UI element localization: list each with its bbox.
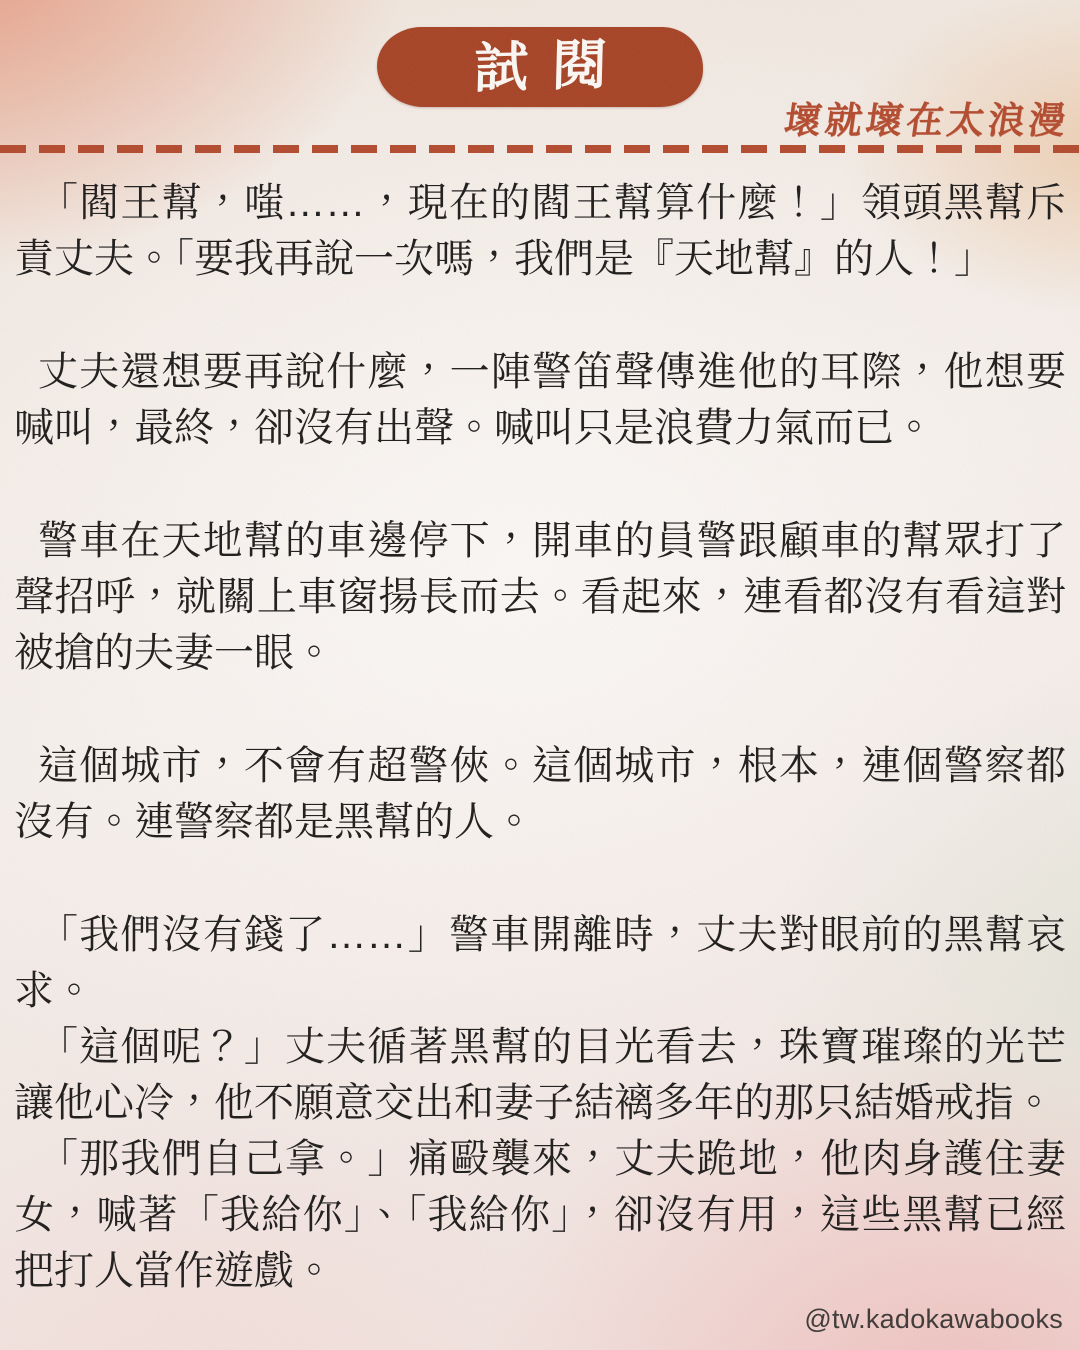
post-header: 試閱 壞就壞在太浪漫 (0, 0, 1080, 144)
dashed-divider (0, 145, 1080, 153)
paragraph: 「這個呢？」丈夫循著黑幫的目光看去，珠寶璀璨的光芒讓他心冷，他不願意交出和妻子結… (14, 1019, 1066, 1131)
paragraph: 「閻王幫，嗤……，現在的閻王幫算什麼！」領頭黑幫斥責丈夫。「要我再說一次嗎，我們… (14, 175, 1066, 287)
paragraph: 「我們沒有錢了……」警車開離時，丈夫對眼前的黑幫哀求。 (14, 907, 1066, 1019)
paragraph: 這個城市，不會有超警俠。這個城市，根本，連個警察都沒有。連警察都是黑幫的人。 (14, 738, 1066, 850)
preview-badge-label: 試閱 (449, 38, 632, 97)
book-title-calligraphy: 壞就壞在太浪漫 (781, 90, 1073, 144)
paragraph: 丈夫還想要再說什麼，一陣警笛聲傳進他的耳際，他想要喊叫，最終，卻沒有出聲。喊叫只… (14, 344, 1066, 456)
preview-badge: 試閱 (377, 27, 703, 107)
publisher-watermark: @tw.kadokawabooks (804, 1304, 1063, 1335)
paragraph: 警車在天地幫的車邊停下，開車的員警跟顧車的幫眾打了聲招呼，就關上車窗揚長而去。看… (14, 513, 1066, 681)
paragraph: 「那我們自己拿。」痛毆襲來，丈夫跪地，他肉身護住妻女，喊著「我給你」、「我給你」… (14, 1131, 1066, 1299)
excerpt-body: 「閻王幫，嗤……，現在的閻王幫算什麼！」領頭黑幫斥責丈夫。「要我再說一次嗎，我們… (0, 153, 1080, 1299)
excerpt-post: 試閱 壞就壞在太浪漫 「閻王幫，嗤……，現在的閻王幫算什麼！」領頭黑幫斥責丈夫。… (0, 0, 1080, 1350)
